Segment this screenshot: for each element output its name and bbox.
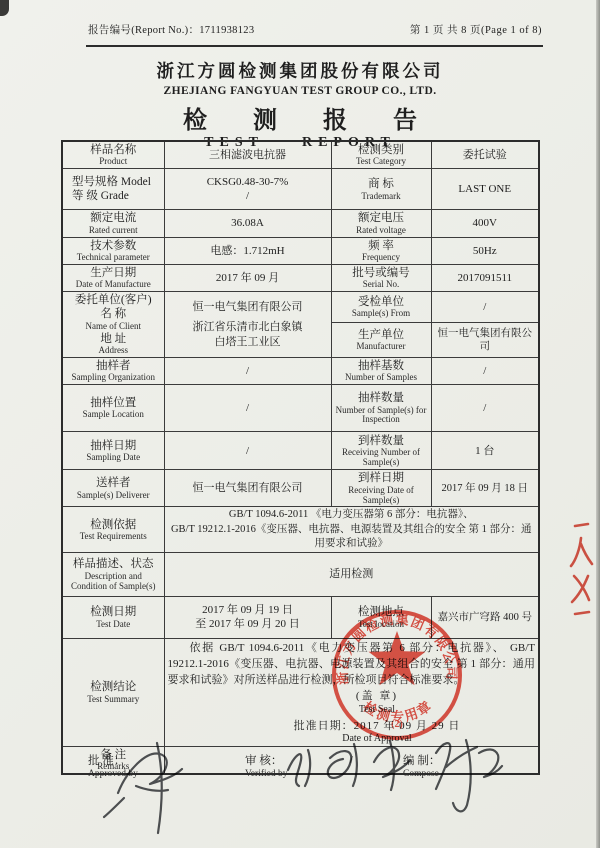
red-company-seal: 浙江方圆检测集团有限公司 检测专用章 (2) <box>323 601 471 749</box>
value-technical-parameter: 电感：1.712mH <box>164 237 331 264</box>
value-receiving-date: 2017 年 09 月 18 日 <box>431 470 539 507</box>
label-test-requirements: 检测依据Test Requirements <box>62 507 164 553</box>
label-trademark: 商 标Trademark <box>331 169 431 210</box>
value-trademark: LAST ONE <box>431 169 539 210</box>
value-frequency: 50Hz <box>431 237 539 264</box>
value-manufacturer: 恒一电气集团有限公司 <box>431 322 539 357</box>
company-name-en: ZHEJIANG FANGYUAN TEST GROUP CO., LTD. <box>0 85 600 97</box>
table-row: 样品名称Product 三相滤波电抗器 检测类别Test Category 委托… <box>62 141 539 169</box>
label-manufacture-date: 生产日期Date of Manufacture <box>62 264 164 291</box>
seal-number: (2) <box>391 719 403 730</box>
value-serial-no: 2017091511 <box>431 264 539 291</box>
label-receiving-number: 到样数量Receiving Number of Sample(s) <box>331 432 431 470</box>
table-row: 抽样位置Sample Location / 抽样数量Number of Samp… <box>62 385 539 432</box>
approved-by-label: 批 准： Approved by <box>88 752 138 779</box>
title-block: 浙江方圆检测集团股份有限公司 ZHEJIANG FANGYUAN TEST GR… <box>0 58 600 151</box>
page-number: 第 1 页 共 8 页(Page 1 of 8) <box>410 22 542 37</box>
label-number-of-samples: 抽样基数Number of Samples <box>331 357 431 384</box>
label-sample-from: 受检单位Sample(s) From <box>331 292 431 323</box>
compose-label: 编 制： Compose <box>403 752 440 779</box>
label-manufacturer: 生产单位Manufacturer <box>331 322 431 357</box>
value-sampling-date: / <box>164 432 331 470</box>
label-frequency: 频 率Frequency <box>331 237 431 264</box>
header-rule <box>86 45 543 47</box>
value-sample-description: 适用检测 <box>164 552 539 596</box>
label-sampling-organization: 抽样者Sampling Organization <box>62 357 164 384</box>
table-row: 检测依据Test Requirements GB/T 1094.6-2011 《… <box>62 507 539 553</box>
value-model-grade: CKSG0.48-30-7% / <box>164 169 331 210</box>
label-technical-parameter: 技术参数Technical parameter <box>62 237 164 264</box>
value-test-requirements: GB/T 1094.6-2011 《电力变压器第 6 部分：电抗器》、 GB/T… <box>164 507 539 553</box>
red-side-annotation <box>566 520 596 630</box>
value-sample-location: / <box>164 385 331 432</box>
label-test-summary: 检测结论Test Summary <box>62 638 164 746</box>
verified-by-label: 审 核： Verified by <box>245 752 287 779</box>
value-sample-quantity: / <box>431 385 539 432</box>
label-product: 样品名称Product <box>62 141 164 169</box>
value-test-category: 委托试验 <box>431 141 539 169</box>
value-deliverer: 恒一电气集团有限公司 <box>164 470 331 507</box>
table-row: 技术参数Technical parameter 电感：1.712mH 频 率Fr… <box>62 237 539 264</box>
label-deliverer: 送样者Sample(s) Deliverer <box>62 470 164 507</box>
page-header: 报告编号(Report No.)：1711938123 第 1 页 共 8 页(… <box>88 22 542 37</box>
report-title-cn: 检 测 报 告 <box>0 100 600 135</box>
label-client: 委托单位(客户) 名 称 Name of Client 地 址 Address <box>62 292 164 358</box>
scan-corner-smudge <box>0 0 9 16</box>
company-name-cn: 浙江方圆检测集团股份有限公司 <box>0 58 600 83</box>
label-rated-voltage: 额定电压Rated voltage <box>331 210 431 237</box>
value-test-date: 2017 年 09 月 19 日 至 2017 年 09 月 20 日 <box>164 596 331 638</box>
label-test-category: 检测类别Test Category <box>331 141 431 169</box>
table-row: 额定电流Rated current 36.08A 额定电压Rated volta… <box>62 210 539 237</box>
value-rated-voltage: 400V <box>431 210 539 237</box>
table-row: 生产日期Date of Manufacture 2017 年 09 月 批号或编… <box>62 264 539 291</box>
table-row: 样品描述、状态Description and Condition of Samp… <box>62 552 539 596</box>
table-row: 送样者Sample(s) Deliverer 恒一电气集团有限公司 到样日期Re… <box>62 470 539 507</box>
label-sample-quantity: 抽样数量Number of Sample(s) for Inspection <box>331 385 431 432</box>
label-serial-no: 批号或编号Serial No. <box>331 264 431 291</box>
label-rated-current: 额定电流Rated current <box>62 210 164 237</box>
table-row: 抽样日期Sampling Date / 到样数量Receiving Number… <box>62 432 539 470</box>
scanned-report-page: 报告编号(Report No.)：1711938123 第 1 页 共 8 页(… <box>0 0 600 848</box>
value-client: 恒一电气集团有限公司 浙江省乐清市北白象镇 白塔王工业区 <box>164 292 331 358</box>
label-model-grade: 型号规格 Model 等 级 Grade <box>62 169 164 210</box>
report-number: 报告编号(Report No.)：1711938123 <box>88 22 254 37</box>
label-sample-description: 样品描述、状态Description and Condition of Samp… <box>62 552 164 596</box>
label-sample-location: 抽样位置Sample Location <box>62 385 164 432</box>
seal-star-icon <box>369 631 426 685</box>
label-receiving-date: 到样日期Receiving Date of Sample(s) <box>331 470 431 507</box>
label-test-date: 检测日期Test Date <box>62 596 164 638</box>
table-row: 型号规格 Model 等 级 Grade CKSG0.48-30-7% / 商 … <box>62 169 539 210</box>
value-product: 三相滤波电抗器 <box>164 141 331 169</box>
value-rated-current: 36.08A <box>164 210 331 237</box>
label-sampling-date: 抽样日期Sampling Date <box>62 432 164 470</box>
value-sampling-organization: / <box>164 357 331 384</box>
table-row: 抽样者Sampling Organization / 抽样基数Number of… <box>62 357 539 384</box>
value-sample-from: / <box>431 292 539 323</box>
value-manufacture-date: 2017 年 09 月 <box>164 264 331 291</box>
value-receiving-number: 1 台 <box>431 432 539 470</box>
table-row: 委托单位(客户) 名 称 Name of Client 地 址 Address … <box>62 292 539 323</box>
value-number-of-samples: / <box>431 357 539 384</box>
value-remarks: / <box>164 746 539 774</box>
